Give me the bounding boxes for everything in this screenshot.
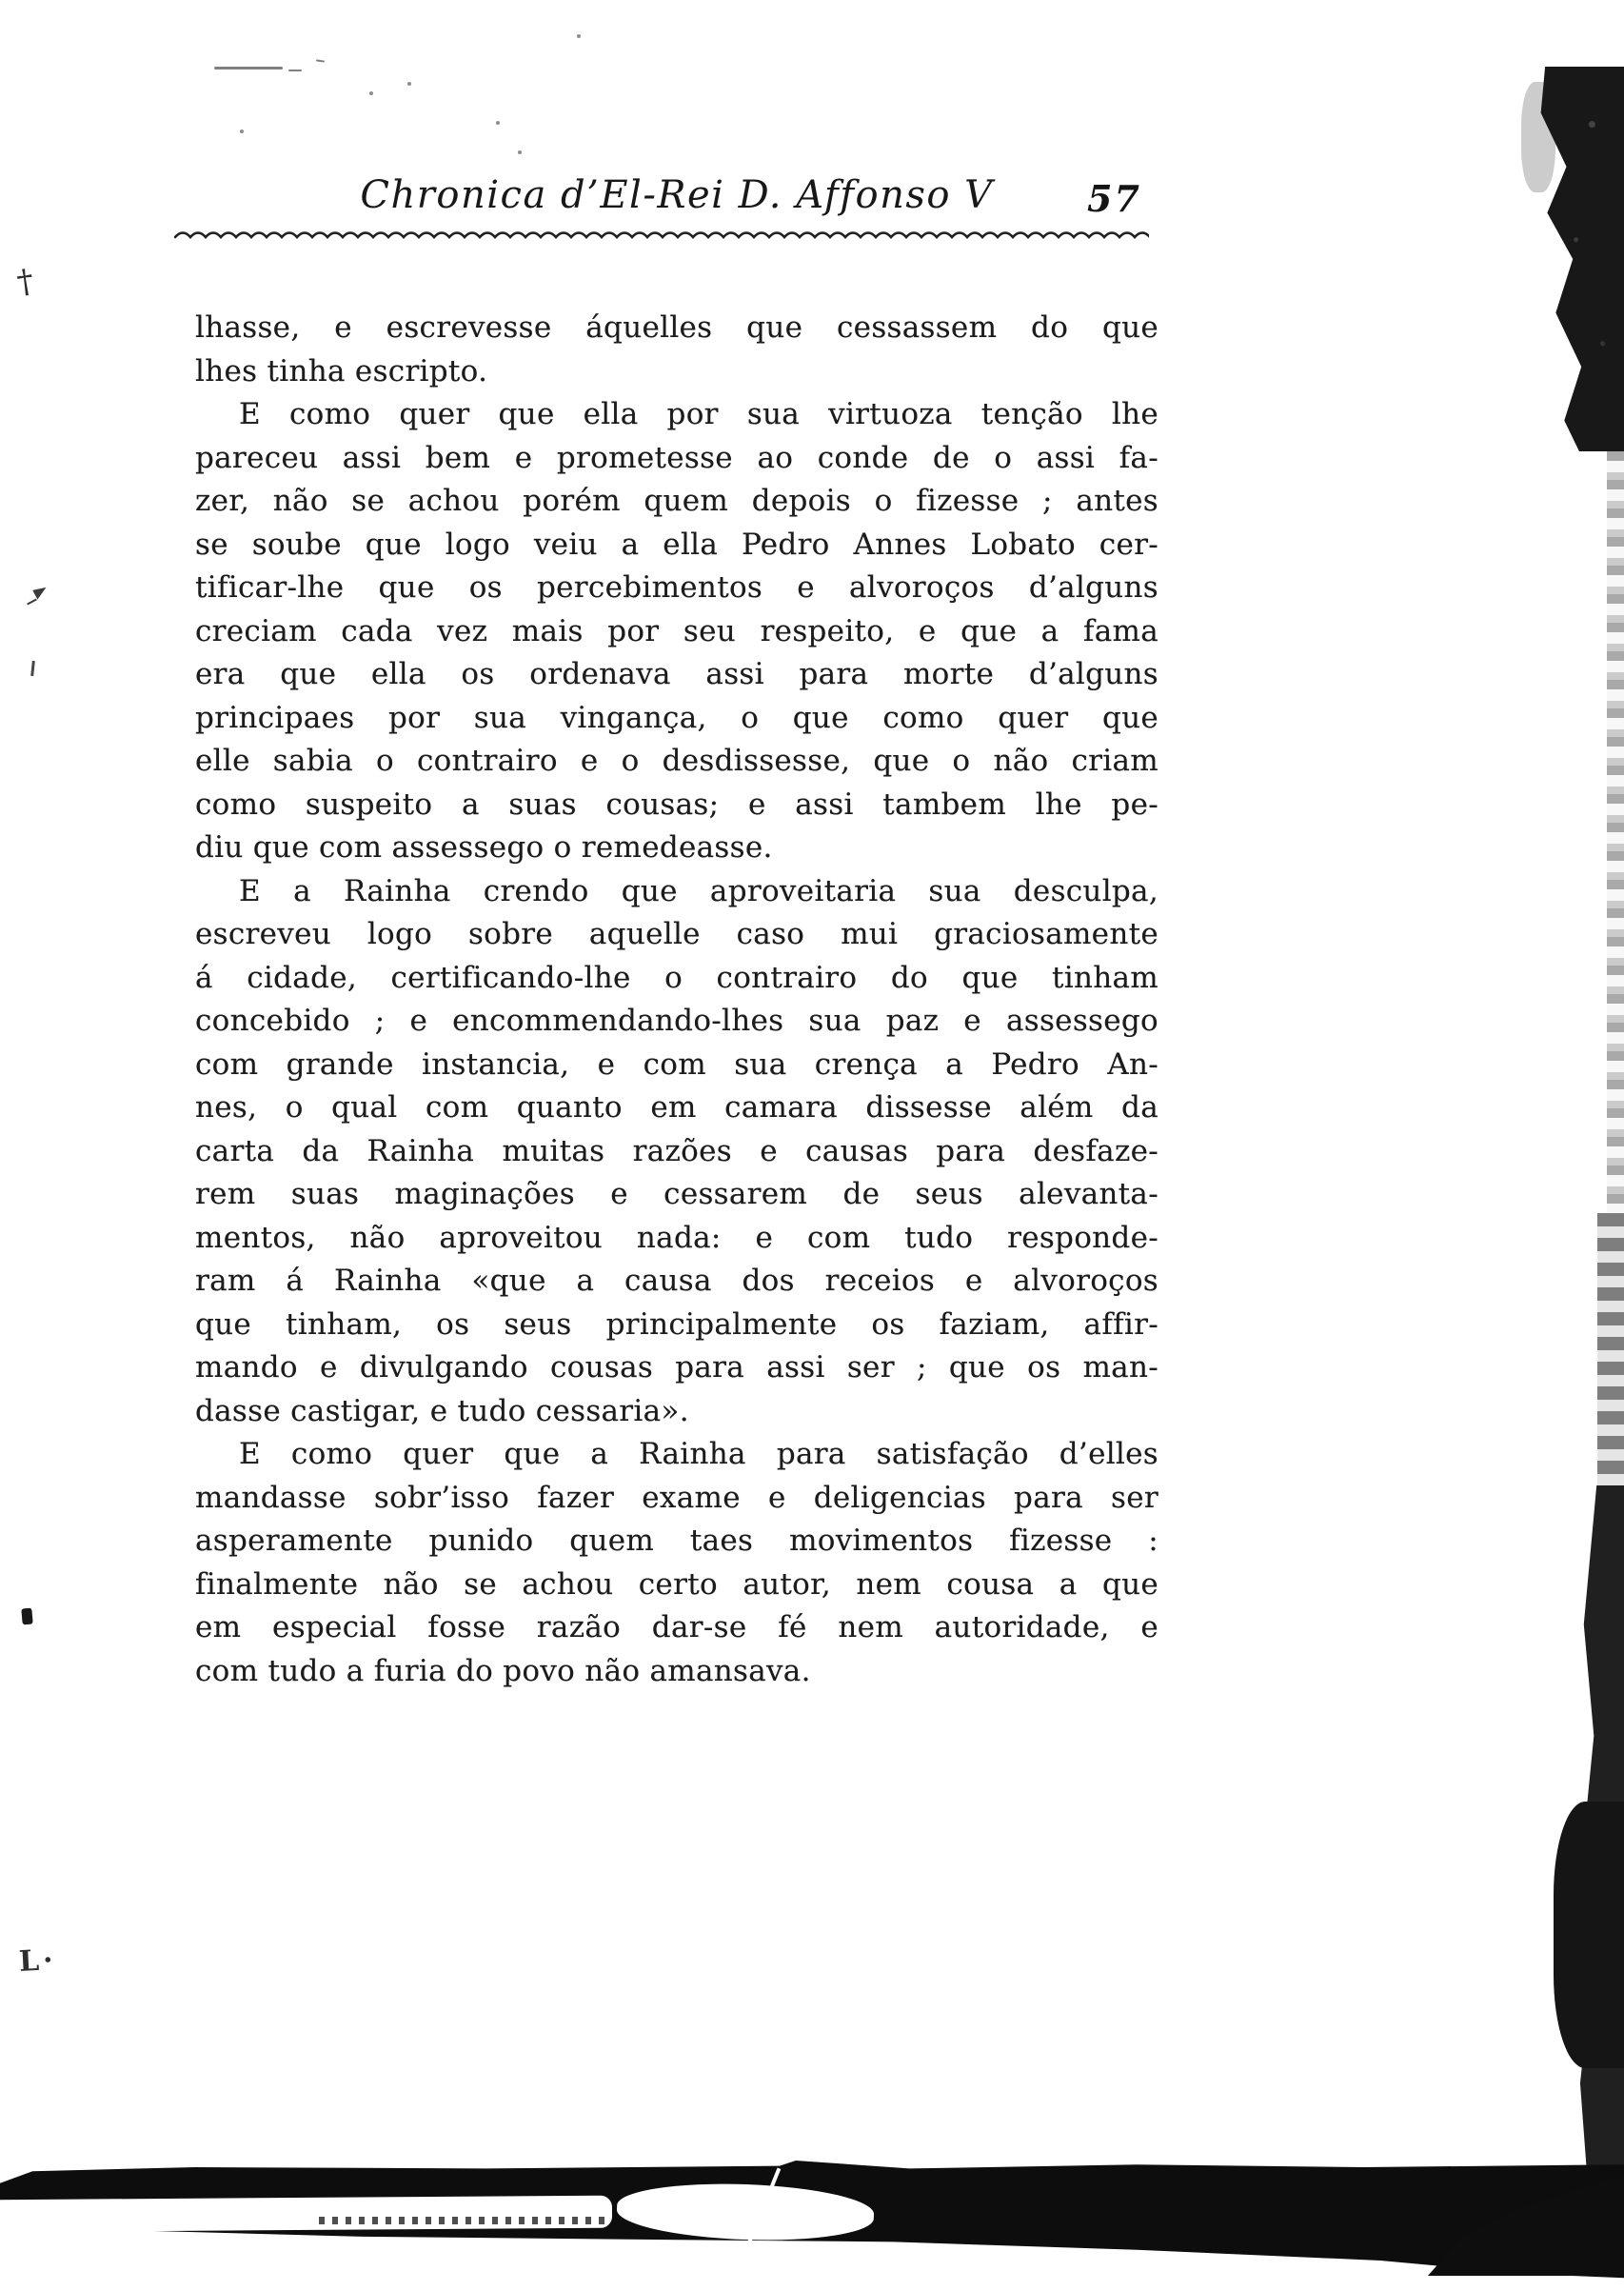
text-line: creciam cada vez mais por seu respeito, … — [195, 610, 1159, 654]
text-line: diu que com assessego o remedeasse. — [195, 827, 1159, 870]
scan-band-gap — [0, 2196, 612, 2233]
wavy-rule-path — [175, 233, 1149, 238]
text-line: á cidade, certificando-lhe o contrairo d… — [195, 957, 1159, 1001]
wavy-rule — [174, 227, 1149, 242]
scan-speck — [577, 34, 581, 38]
text-line: E como quer que ella por sua virtuoza te… — [195, 393, 1159, 437]
book-page-scan: Chronica d’El-Rei D. Affonso V 57 lhasse… — [0, 0, 1624, 2291]
text-line: principaes por sua vingança, o que como … — [195, 697, 1159, 741]
scan-speck — [518, 150, 522, 154]
text-line: com tudo a furia do povo não amansava. — [195, 1650, 1159, 1694]
text-block: lhasse, e escrevesse áquelles que cessas… — [195, 307, 1159, 1693]
text-line: como suspeito a suas cousas; e assi tamb… — [195, 784, 1159, 827]
text-line: mentos, não aproveitou nada: e com tudo … — [195, 1217, 1159, 1261]
text-line: elle sabia o contrairo e o desdissesse, … — [195, 740, 1159, 784]
text-line: lhasse, e escrevesse áquelles que cessas… — [195, 307, 1159, 350]
text-line: tificar-lhe que os percebimentos e alvor… — [195, 567, 1159, 610]
text-line: zer, não se achou porém quem depois o fi… — [195, 480, 1159, 524]
margin-corner-mark: L· — [18, 1943, 57, 1979]
margin-ink-blob — [21, 1608, 32, 1625]
text-line: ram á Rainha «que a causa dos receios e … — [195, 1260, 1159, 1304]
running-header-title: Chronica d’El-Rei D. Affonso V — [195, 173, 1159, 217]
text-line: pareceu assi bem e prometesse ao conde d… — [195, 437, 1159, 481]
text-line: era que ella os ordenava assi para morte… — [195, 653, 1159, 697]
text-line: lhes tinha escripto. — [195, 350, 1159, 394]
text-line: em especial fosse razão dar-se fé nem au… — [195, 1606, 1159, 1650]
text-line: carta da Rainha muitas razões e causas p… — [195, 1130, 1159, 1174]
text-line: se soube que logo veiu a ella Pedro Anne… — [195, 524, 1159, 568]
text-line: E a Rainha crendo que aproveitaria sua d… — [195, 870, 1159, 914]
text-line: nes, o qual com quanto em camara dissess… — [195, 1086, 1159, 1130]
scan-speck — [496, 121, 500, 125]
text-line: E como quer que a Rainha para satisfação… — [195, 1433, 1159, 1477]
scan-speck — [240, 129, 244, 133]
margin-dagger-icon: † — [14, 262, 35, 302]
scan-dash — [288, 70, 302, 71]
scan-speck — [369, 91, 373, 95]
text-line: com grande instancia, e com sua crença a… — [195, 1044, 1159, 1087]
text-line: mando e divulgando cousas para assi ser … — [195, 1346, 1159, 1390]
page-number: 57 — [1087, 177, 1141, 220]
scan-dash — [316, 59, 325, 62]
text-line: asperamente punido quem taes movimentos … — [195, 1520, 1159, 1564]
text-line: concebido ; e encommendando-lhes sua paz… — [195, 1000, 1159, 1044]
margin-arrow-icon — [32, 584, 50, 599]
scan-edge-strip — [1597, 1213, 1624, 1489]
scan-speck — [407, 82, 411, 86]
text-line: dasse castigar, e tudo cessaria». — [195, 1390, 1159, 1434]
text-line: que tinham, os seus principalmente os fa… — [195, 1304, 1159, 1347]
text-line: mandasse sobr’isso fazer exame e deligen… — [195, 1477, 1159, 1521]
scan-edge-strip — [1607, 451, 1624, 1213]
text-line: rem suas maginações e cessarem de seus a… — [195, 1173, 1159, 1217]
scan-dash — [214, 67, 283, 70]
scan-edge-blob — [1554, 1802, 1624, 2068]
scan-band-speckles — [319, 2217, 604, 2224]
margin-tick-mark — [30, 661, 35, 676]
text-line: escreveu logo sobre aquelle caso mui gra… — [195, 913, 1159, 957]
margin-arrow-icon — [27, 599, 37, 606]
text-line: finalmente não se achou certo autor, nem… — [195, 1564, 1159, 1607]
